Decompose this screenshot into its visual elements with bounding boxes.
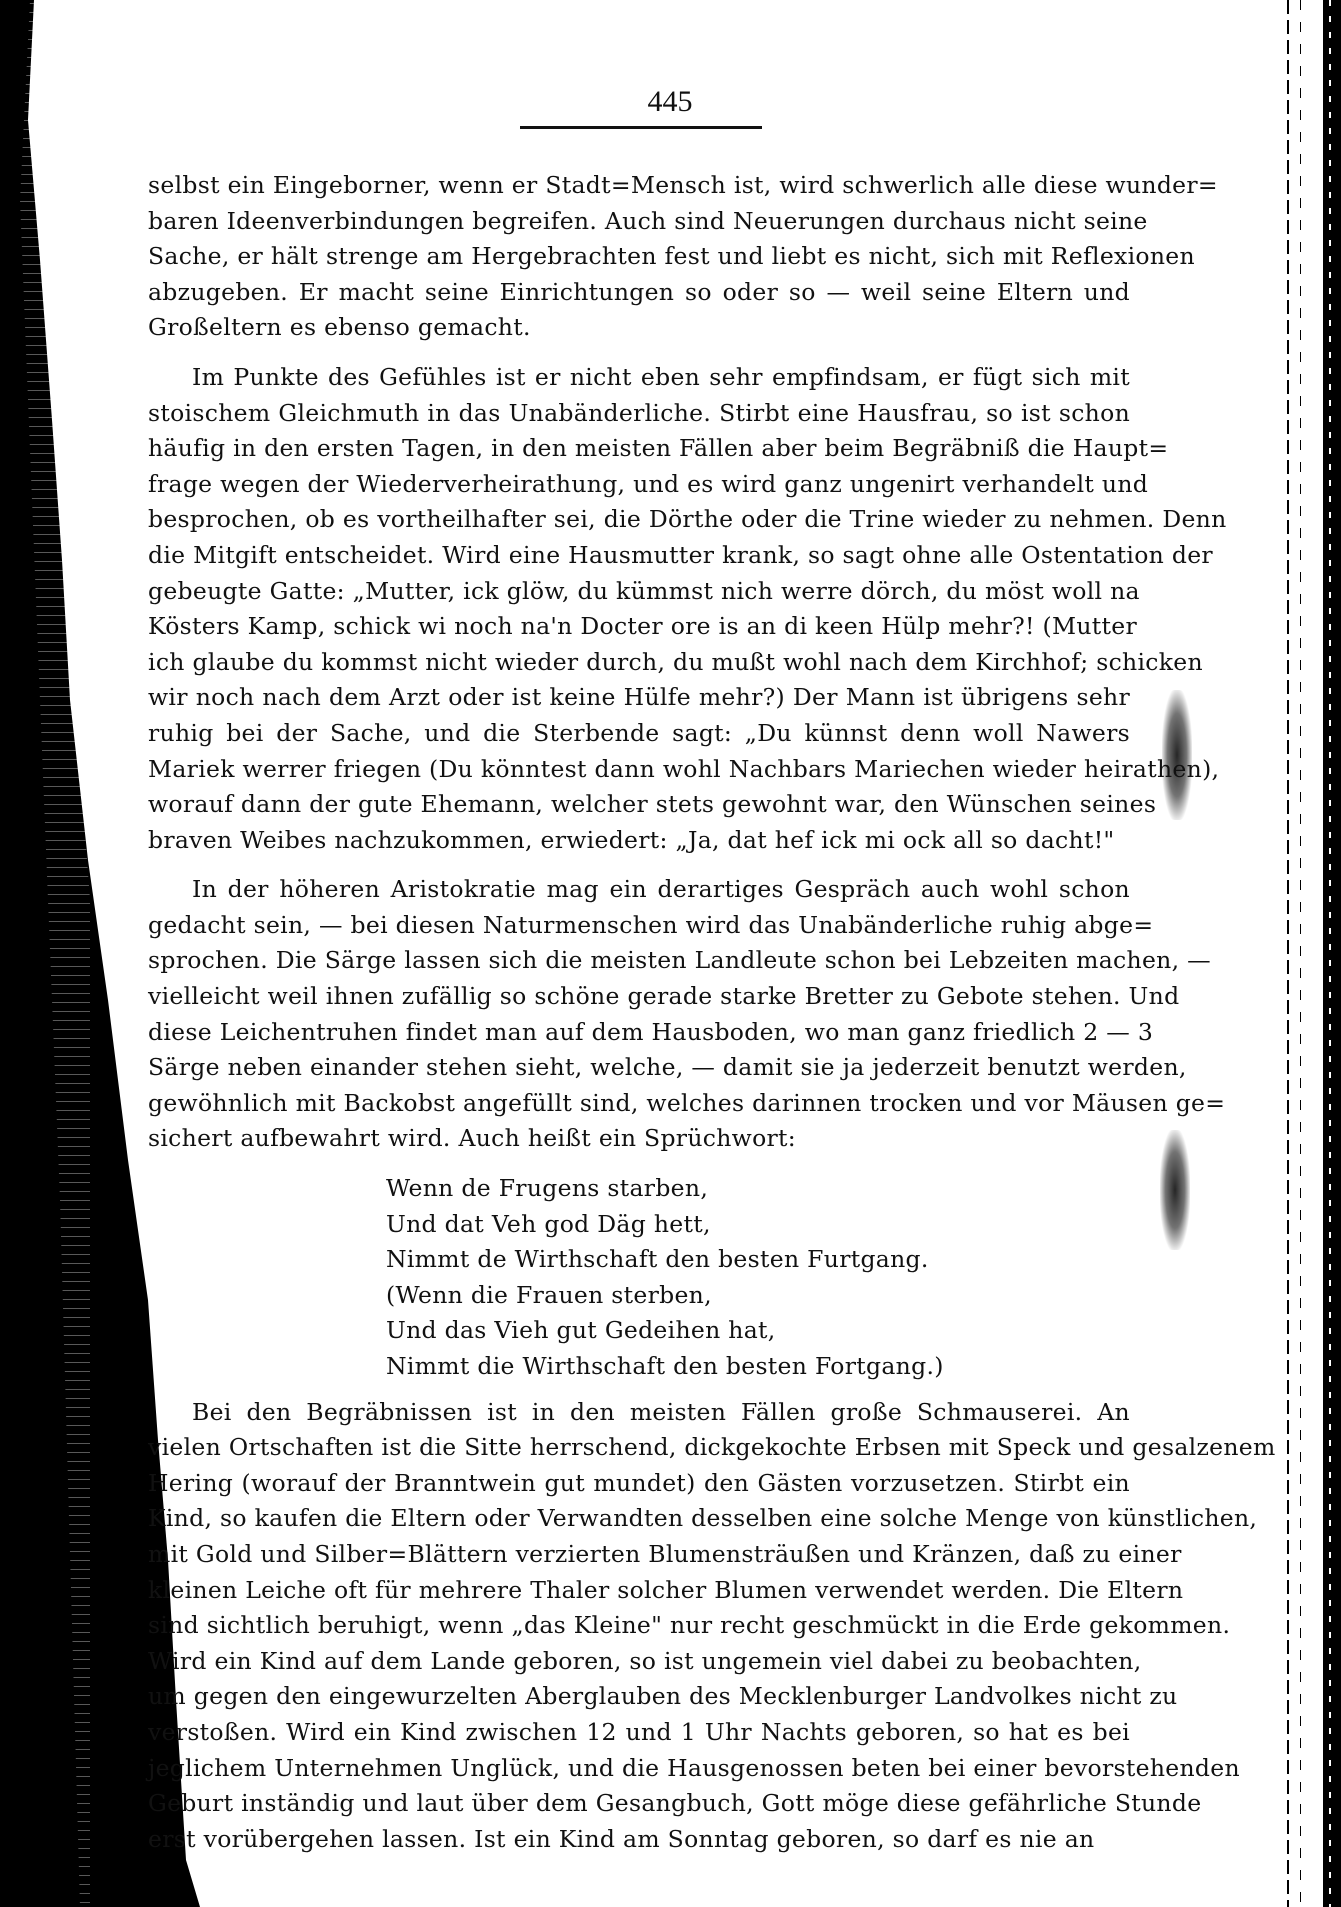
text-line: stoischem Gleichmuth in das Unabänderlic… [148,396,1130,432]
text-line: sind sichtlich beruhigt, wenn „das Klein… [148,1608,1130,1644]
text-line: ich glaube du kommst nicht wieder durch,… [148,645,1130,681]
text-line: gebeugte Gatte: „Mutter, ick glöw, du kü… [148,574,1130,610]
text-line: ruhig bei der Sache, und die Sterbende s… [148,716,1130,752]
header-rule [520,126,762,129]
text-line: um gegen den eingewurzelten Aberglauben … [148,1679,1130,1715]
text-line: frage wegen der Wiederverheirathung, und… [148,467,1130,503]
text-line: gedacht sein, — bei diesen Naturmenschen… [148,908,1130,944]
verse-line: Und dat Veh god Däg hett, [386,1207,1130,1243]
text-line: diese Leichentruhen findet man auf dem H… [148,1015,1130,1051]
text-line: wir noch nach dem Arzt oder ist keine Hü… [148,680,1130,716]
text-line: Im Punkte des Gefühles ist er nicht eben… [148,360,1130,396]
text-line: worauf dann der gute Ehemann, welcher st… [148,787,1130,823]
text-line: sprochen. Die Särge lassen sich die meis… [148,943,1130,979]
text-line: jeglichem Unternehmen Unglück, und die H… [148,1751,1130,1787]
scan-binding-edge-right [1287,0,1289,1907]
text-line: braven Weibes nachzukommen, erwiedert: „… [148,823,1130,859]
paragraph: Bei den Begräbnissen ist in den meisten … [148,1395,1130,1858]
text-line: gewöhnlich mit Backobst angefüllt sind, … [148,1086,1130,1122]
page-number: 445 [560,85,780,119]
text-line: Hering (worauf der Branntwein gut mundet… [148,1466,1130,1502]
text-line: verstoßen. Wird ein Kind zwischen 12 und… [148,1715,1130,1751]
text-line: Mariek werrer friegen (Du könntest dann … [148,752,1130,788]
scan-binding-edge-right [1300,0,1301,1907]
text-line: Bei den Begräbnissen ist in den meisten … [148,1395,1130,1431]
text-line: Großeltern es ebenso gemacht. [148,310,1130,346]
scan-binding-edge-right [1323,0,1341,1907]
paragraph: selbst ein Eingeborner, wenn er Stadt=Me… [148,168,1130,346]
text-line: vielen Ortschaften ist die Sitte herrsch… [148,1430,1130,1466]
text-line: kleinen Leiche oft für mehrere Thaler so… [148,1573,1130,1609]
paragraph: Im Punkte des Gefühles ist er nicht eben… [148,360,1130,858]
text-line: abzugeben. Er macht seine Einrichtungen … [148,275,1130,311]
verse-block: Wenn de Frugens starben,Und dat Veh god … [386,1171,1130,1385]
paragraph: In der höheren Aristokratie mag ein dera… [148,872,1130,1157]
text-line: selbst ein Eingeborner, wenn er Stadt=Me… [148,168,1130,204]
text-line: Wird ein Kind auf dem Lande geboren, so … [148,1644,1130,1680]
scanned-page: 445 selbst ein Eingeborner, wenn er Stad… [0,0,1341,1907]
text-line: In der höheren Aristokratie mag ein dera… [148,872,1130,908]
text-line: Kösters Kamp, schick wi noch na'n Docter… [148,609,1130,645]
text-line: vielleicht weil ihnen zufällig so schöne… [148,979,1130,1015]
verse-line: Nimmt die Wirthschaft den besten Fortgan… [386,1349,1130,1385]
verse-line: Und das Vieh gut Gedeihen hat, [386,1313,1130,1349]
text-line: Särge neben einander stehen sieht, welch… [148,1050,1130,1086]
text-line: mit Gold und Silber=Blättern verzierten … [148,1537,1130,1573]
text-line: baren Ideenverbindungen begreifen. Auch … [148,204,1130,240]
text-line: Sache, er hält strenge am Hergebrachten … [148,239,1130,275]
body-text: selbst ein Eingeborner, wenn er Stadt=Me… [148,168,1130,1871]
text-line: die Mitgift entscheidet. Wird eine Hausm… [148,538,1130,574]
text-line: sichert aufbewahrt wird. Auch heißt ein … [148,1121,1130,1157]
text-line: erst vorübergehen lassen. Ist ein Kind a… [148,1822,1130,1858]
margin-ink-smudge [1160,1130,1190,1250]
verse-line: Wenn de Frugens starben, [386,1171,1130,1207]
text-line: Geburt inständig und laut über dem Gesan… [148,1786,1130,1822]
verse-line: (Wenn die Frauen sterben, [386,1278,1130,1314]
text-line: Kind, so kaufen die Eltern oder Verwandt… [148,1501,1130,1537]
text-line: häufig in den ersten Tagen, in den meist… [148,431,1130,467]
text-line: besprochen, ob es vortheilhafter sei, di… [148,502,1130,538]
verse-line: Nimmt de Wirthschaft den besten Furtgang… [386,1242,1130,1278]
